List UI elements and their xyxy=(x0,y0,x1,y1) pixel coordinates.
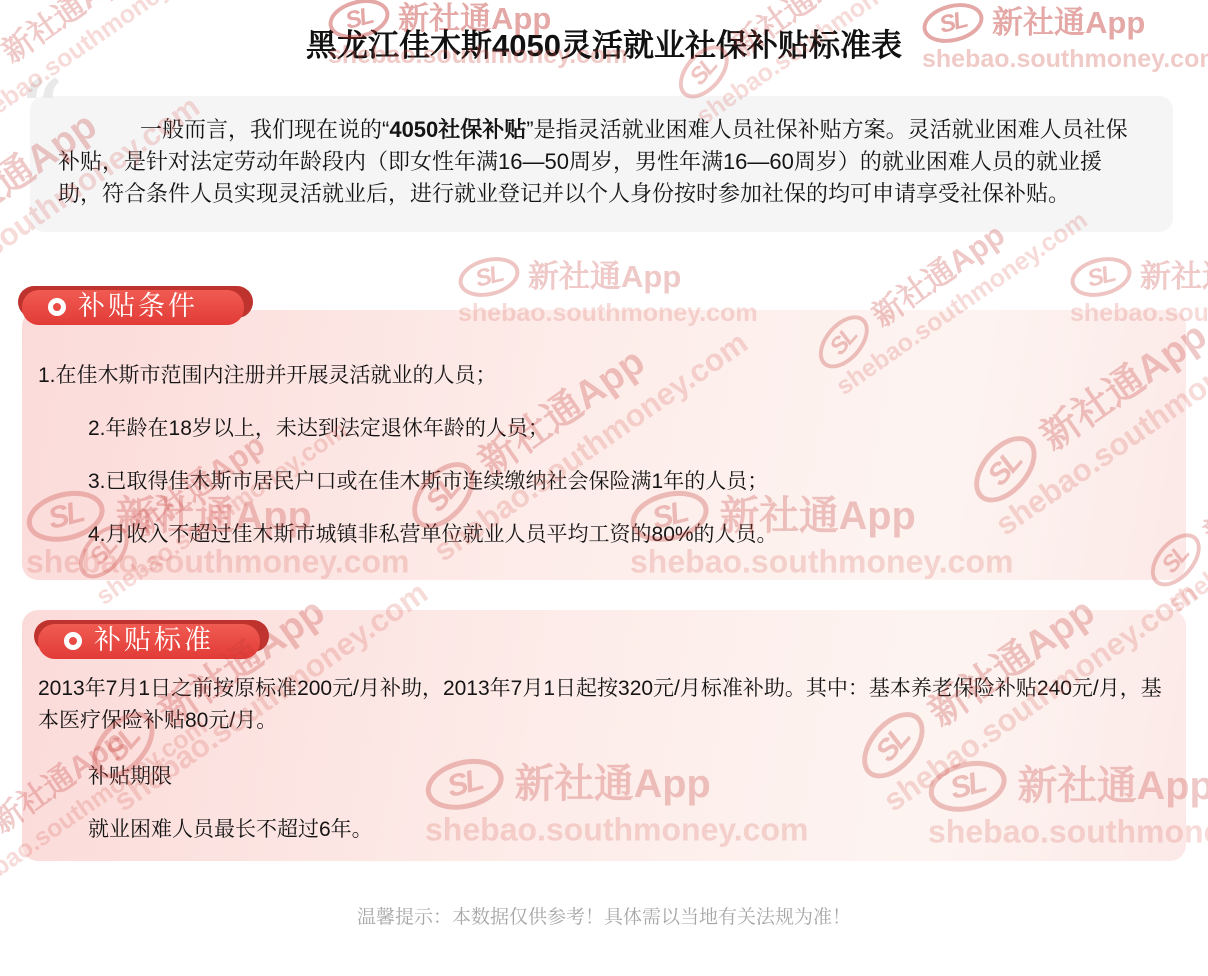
condition-item: 4.月收入不超过佳木斯市城镇非私营单位就业人员平均工资的80%的人员。 xyxy=(88,519,1170,550)
quote-icon: “ xyxy=(22,70,63,142)
badge-subsidy-standard: 补贴标准 xyxy=(38,624,260,659)
sl-logo-icon: SL xyxy=(454,251,523,303)
condition-item: 2.年龄在18岁以上，未达到法定退休年龄的人员； xyxy=(88,413,1170,444)
badge-label: 补贴标准 xyxy=(94,627,214,654)
section-subsidy-standard: 补贴标准 2013年7月1日之前按原标准200元/月补助，2013年7月1日起按… xyxy=(22,610,1186,861)
intro-paragraph: 一般而言，我们现在说的“4050社保补贴”是指灵活就业困难人员社保补贴方案。灵活… xyxy=(58,114,1143,210)
standard-paragraph: 2013年7月1日之前按原标准200元/月补助，2013年7月1日起按320元/… xyxy=(38,673,1170,737)
page-title: 黑龙江佳木斯4050灵活就业社保补贴标准表 xyxy=(0,0,1208,66)
sl-logo-icon: SL xyxy=(1066,251,1135,303)
section-subsidy-conditions: 补贴条件 1.在佳木斯市范围内注册并开展灵活就业的人员； 2.年龄在18岁以上，… xyxy=(22,310,1186,580)
condition-item: 3.已取得佳木斯市居民户口或在佳木斯市连续缴纳社会保险满1年的人员； xyxy=(88,466,1170,497)
intro-text-before: 一般而言，我们现在说的“ xyxy=(140,117,389,142)
watermark-app-name: 新社通App xyxy=(1140,261,1208,294)
watermark-app-name: 新社通App xyxy=(1198,436,1208,551)
footer-note: 温馨提示：本数据仅供参考！具体需以当地有关法规为准！ xyxy=(0,905,1208,931)
ring-icon xyxy=(64,632,82,650)
badge-subsidy-conditions: 补贴条件 xyxy=(22,290,244,325)
intro-quote-box: “ 一般而言，我们现在说的“4050社保补贴”是指灵活就业困难人员社保补贴方案。… xyxy=(30,96,1173,232)
article-page: 黑龙江佳木斯4050灵活就业社保补贴标准表 “ 一般而言，我们现在说的“4050… xyxy=(0,0,1208,976)
watermark-app-name: 新社通App xyxy=(528,261,681,294)
badge-label: 补贴条件 xyxy=(78,293,198,320)
ring-icon xyxy=(48,298,66,316)
condition-item: 1.在佳木斯市范围内注册并开展灵活就业的人员； xyxy=(38,360,1170,391)
standard-sub-item: 补贴期限 xyxy=(88,761,1170,792)
standard-sub-item: 就业困难人员最长不超过6年。 xyxy=(88,814,1170,845)
intro-bold-term: 4050社保补贴 xyxy=(389,117,526,142)
